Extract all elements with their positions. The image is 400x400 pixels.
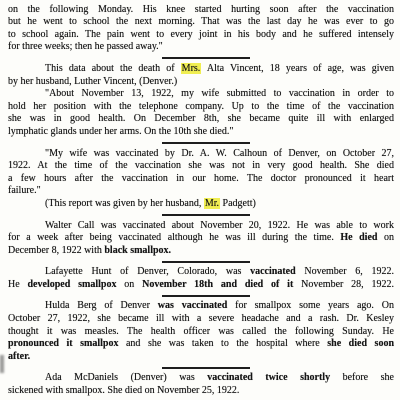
text-line: December 8, 1922 with black smallpox. [8, 245, 394, 258]
text-segment: He [8, 279, 28, 290]
text-line: pronounced it smallpox and she was taken… [8, 338, 394, 351]
text-line: "About November 13, 1922, my wife submit… [8, 88, 394, 101]
scan-artifact [0, 355, 4, 373]
text-segment: a few hours after the vaccination in our… [8, 173, 394, 184]
section-divider [162, 367, 250, 369]
text-segment: "My wife was vaccinated by Dr. A. W. Cal… [45, 148, 394, 159]
text-segment: for smallpox some years ago. On [227, 300, 394, 311]
text-line: "My wife was vaccinated by Dr. A. W. Cal… [8, 148, 394, 161]
text-segment: Ada McDaniels (Denver) was [45, 372, 207, 383]
lafayette-hunt-paragraph: Lafayette Hunt of Denver, Colorado, was … [8, 266, 394, 291]
text-segment: after. [8, 351, 30, 362]
text-line: He developed smallpox on November 18th a… [8, 279, 394, 292]
clipped-text-line: sickened with smallpox. She died on Nove… [8, 385, 394, 398]
text-segment: sickened with smallpox. She died on Nove… [8, 385, 239, 396]
text-line: to school again. The pain went to every … [8, 29, 394, 42]
text-segment: (This report was given by her husband, [45, 198, 204, 209]
text-segment: hold her position with the telephone com… [8, 101, 394, 112]
text-segment: November 6, 1922. [296, 266, 394, 277]
section-divider [162, 261, 250, 263]
text-line: for a week after being vaccinated althou… [8, 232, 394, 245]
text-segment: and she was taken to the hospital where [118, 338, 327, 349]
text-line: 1922. At the time of the vaccination she… [8, 160, 394, 173]
text-line: a few hours after the vaccination in our… [8, 173, 394, 186]
text-segment: she was in good health. On December 8th,… [8, 113, 394, 124]
padgett-wife-quote-paragraph: "My wife was vaccinated by Dr. A. W. Cal… [8, 148, 394, 198]
walter-call-paragraph: Walter Call was vaccinated about Novembe… [8, 220, 394, 258]
text-segment: developed smallpox [28, 279, 117, 290]
text-line: thought it was measles. The health offic… [8, 326, 394, 339]
text-line: by her husband, Luther Vincent, (Denver.… [8, 76, 394, 89]
text-segment: by her husband, Luther Vincent, (Denver.… [8, 76, 177, 87]
text-line: October 27, 1922, she became ill with a … [8, 313, 394, 326]
text-segment: October 27, 1922, she became ill with a … [8, 313, 394, 324]
text-segment: November 18th and died of it [142, 279, 293, 290]
section-divider [162, 142, 250, 144]
text-segment: Padgett) [220, 198, 256, 209]
text-line: but he went to school the next morning. … [8, 16, 394, 29]
text-segment: vaccinated [250, 266, 296, 277]
text-segment: "About November 13, 1922, my wife submit… [45, 88, 394, 99]
text-segment: Lafayette Hunt of Denver, Colorado, was [45, 266, 250, 277]
text-segment: thought it was measles. The health offic… [8, 326, 394, 337]
text-segment: November 28, 1922. [293, 279, 394, 290]
text-line: after. [8, 351, 394, 364]
text-line: (This report was given by her husband, M… [8, 198, 394, 211]
schoolboy-vaccination-paragraph: told he must be vaccinated before he cou… [8, 0, 394, 54]
text-segment: black smallpox. [104, 245, 171, 256]
text-line: failure." [8, 185, 394, 198]
section-divider [162, 295, 250, 297]
text-segment: pronounced it smallpox [8, 338, 118, 349]
ada-mcdaniels-paragraph: Ada McDaniels (Denver) was vaccinated tw… [8, 372, 394, 397]
text-segment: This data about the death of [45, 63, 181, 74]
text-segment: for three weeks; then he passed away." [8, 41, 163, 52]
section-divider [162, 57, 250, 59]
alta-vincent-report-paragraph: This data about the death of Mrs. Alta V… [8, 63, 394, 88]
text-segment: was vaccinated [158, 300, 228, 311]
text-segment: for a week after being vaccinated althou… [8, 232, 340, 243]
text-segment: on [377, 232, 394, 243]
text-segment: she died soon [327, 338, 394, 349]
text-segment: Alta Vincent, 18 years of age, was given [201, 63, 394, 74]
text-segment: Hulda Berg of Denver [45, 300, 158, 311]
document-page: told he must be vaccinated before he cou… [0, 0, 400, 398]
text-line: on the following Monday. His knee starte… [8, 4, 394, 17]
text-line: Hulda Berg of Denver was vaccinated for … [8, 300, 394, 313]
highlighted-text: Mrs. [181, 63, 202, 74]
text-segment: December 8, 1922 with [8, 245, 104, 256]
section-divider [162, 214, 250, 216]
hulda-berg-paragraph: Hulda Berg of Denver was vaccinated for … [8, 300, 394, 363]
alta-vincent-quote-paragraph: "About November 13, 1922, my wife submit… [8, 88, 394, 138]
text-segment: before she [330, 372, 394, 383]
text-segment: but he went to school the next morning. … [8, 16, 394, 27]
text-line: Ada McDaniels (Denver) was vaccinated tw… [8, 372, 394, 385]
text-segment: failure." [8, 185, 41, 196]
text-segment: vaccinated twice shortly [207, 372, 330, 383]
highlighted-text: Mr. [204, 198, 220, 209]
text-line: hold her position with the telephone com… [8, 101, 394, 114]
text-segment: told he must be vaccinated before he cou… [8, 0, 394, 2]
text-segment: on [116, 279, 142, 290]
text-segment: Walter Call was vaccinated about Novembe… [45, 220, 394, 231]
text-line: lymphatic glands under her arms. On the … [8, 126, 394, 139]
text-line: Walter Call was vaccinated about Novembe… [8, 220, 394, 233]
text-line: Lafayette Hunt of Denver, Colorado, was … [8, 266, 394, 279]
text-line: This data about the death of Mrs. Alta V… [8, 63, 394, 76]
text-segment: on the following Monday. His knee starte… [8, 4, 394, 15]
text-segment: to school again. The pain went to every … [8, 29, 394, 40]
padgett-attribution-paragraph: (This report was given by her husband, M… [8, 198, 394, 211]
text-line: she was in good health. On December 8th,… [8, 113, 394, 126]
text-segment: lymphatic glands under her arms. On the … [8, 126, 233, 137]
text-segment: 1922. At the time of the vaccination she… [8, 160, 394, 171]
text-segment: He died [340, 232, 377, 243]
text-line: for three weeks; then he passed away." [8, 41, 394, 54]
